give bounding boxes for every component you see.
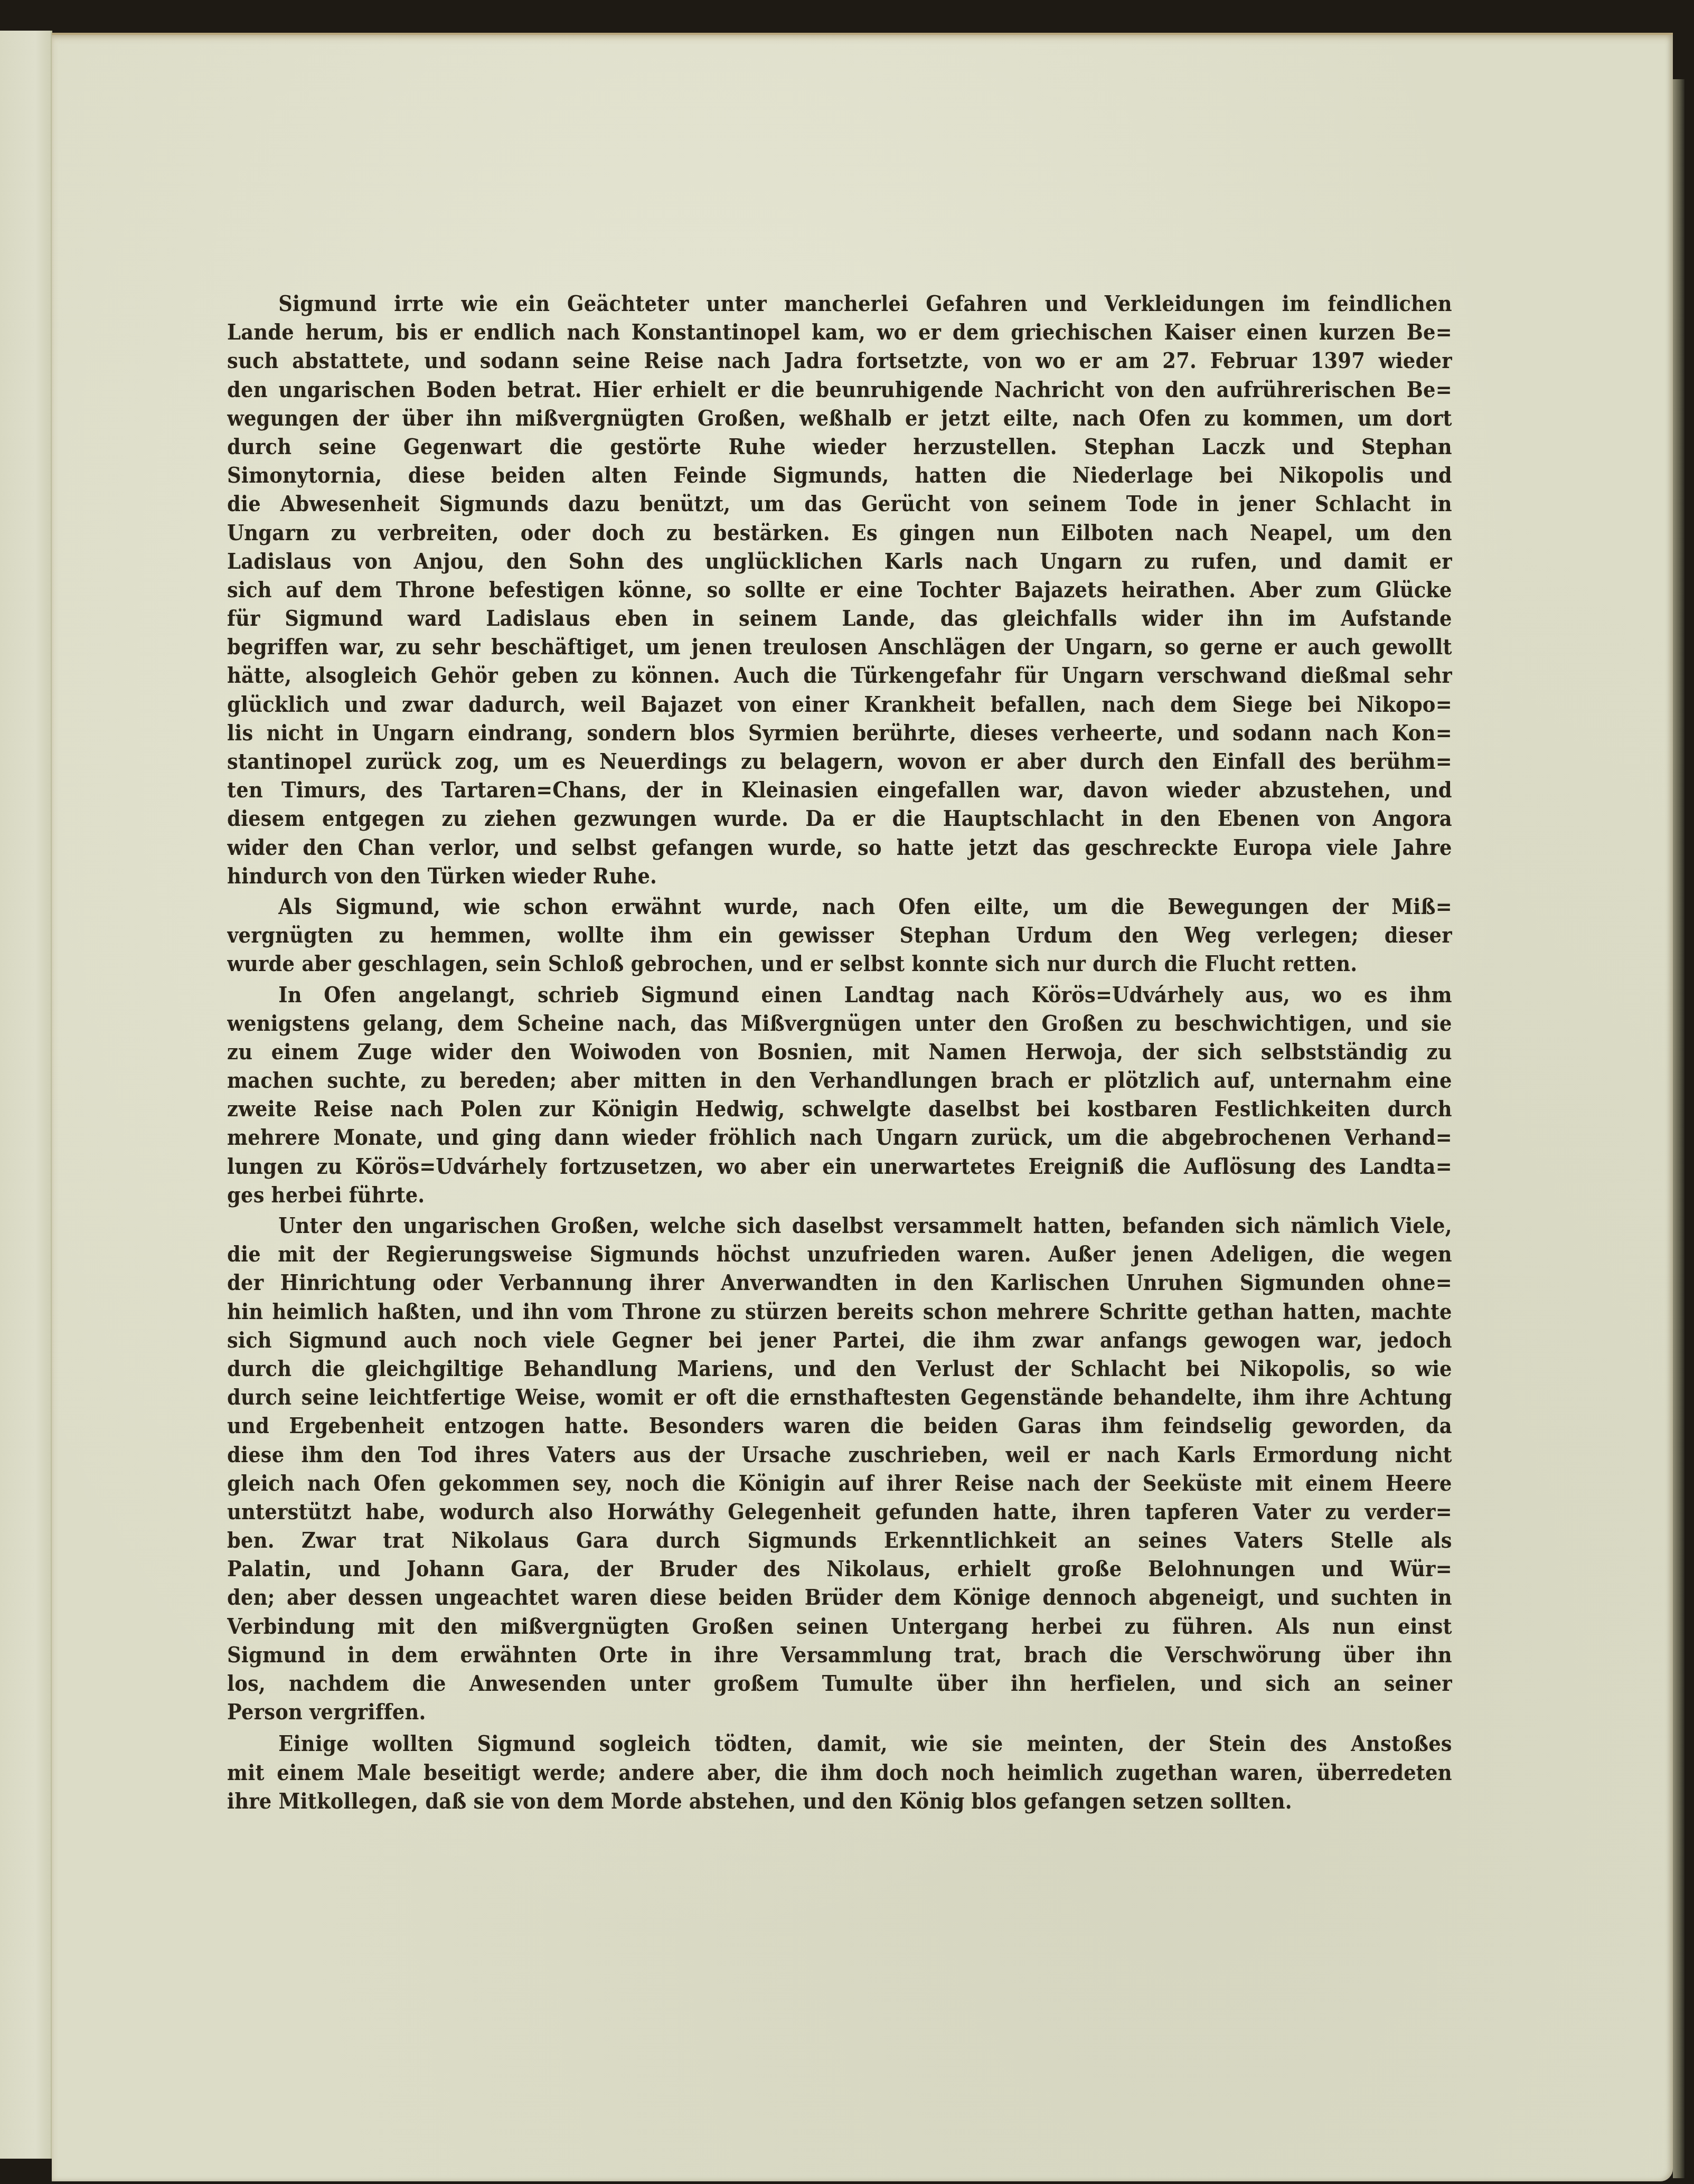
text-line: durch seine Gegenwart die gestörte Ruhe … <box>227 432 1452 461</box>
text-line: wenigstens gelang, dem Scheine nach, das… <box>227 1009 1452 1038</box>
text-line: mehrere Monate, und ging dann wieder frö… <box>227 1123 1452 1152</box>
paragraph: Sigmund irrte wie ein Geächteter unter m… <box>227 289 1452 890</box>
text-line: die mit der Regierungsweise Sigmunds höc… <box>227 1240 1452 1268</box>
page-stack-edge <box>1673 79 1684 2178</box>
text-line: wider den Chan verlor, und selbst gefang… <box>227 833 1452 862</box>
text-line: Einige wollten Sigmund sogleich tödten, … <box>227 1729 1452 1758</box>
text-line: sich Sigmund auch noch viele Gegner bei … <box>227 1326 1452 1354</box>
text-line: wurde aber geschlagen, sein Schloß gebro… <box>227 949 1452 978</box>
text-line: wegungen der über ihn mißvergnügten Groß… <box>227 404 1452 432</box>
text-line: durch die gleichgiltige Behandlung Marie… <box>227 1354 1452 1383</box>
text-line: Ladislaus von Anjou, den Sohn des unglüc… <box>227 547 1452 576</box>
text-line: Sigmund in dem erwähnten Orte in ihre Ve… <box>227 1641 1452 1669</box>
text-line: los, nachdem die Anwesenden unter großem… <box>227 1669 1452 1698</box>
paragraph: Unter den ungarischen Großen, welche sic… <box>227 1211 1452 1726</box>
text-line: Simonytornia, diese beiden alten Feinde … <box>227 461 1452 489</box>
text-line: ben. Zwar trat Nikolaus Gara durch Sigmu… <box>227 1526 1452 1555</box>
text-line: Lande herum, bis er endlich nach Konstan… <box>227 318 1452 346</box>
text-line: Verbindung mit den mißvergnügten Großen … <box>227 1612 1452 1641</box>
text-line: lungen zu Körös=Udvárhely fortzusetzen, … <box>227 1152 1452 1181</box>
text-line: diesem entgegen zu ziehen gezwungen wurd… <box>227 804 1452 833</box>
paragraph: Einige wollten Sigmund sogleich tödten, … <box>227 1729 1452 1815</box>
text-line: sich auf dem Throne befestigen könne, so… <box>227 576 1452 604</box>
text-line: hätte, alsogleich Gehör geben zu können.… <box>227 661 1452 690</box>
text-line: such abstattete, und sodann seine Reise … <box>227 346 1452 375</box>
paragraph: Als Sigmund, wie schon erwähnt wurde, na… <box>227 892 1452 978</box>
text-line: zu einem Zuge wider den Woiwoden von Bos… <box>227 1038 1452 1066</box>
text-line: machen suchte, zu bereden; aber mitten i… <box>227 1066 1452 1095</box>
text-line: glücklich und zwar dadurch, weil Bajazet… <box>227 690 1452 719</box>
text-line: Sigmund irrte wie ein Geächteter unter m… <box>227 289 1452 318</box>
text-line: Palatin, und Johann Gara, der Bruder des… <box>227 1555 1452 1583</box>
text-line: Als Sigmund, wie schon erwähnt wurde, na… <box>227 892 1452 921</box>
text-line: den; aber dessen ungeachtet waren diese … <box>227 1583 1452 1612</box>
body-text: Sigmund irrte wie ein Geächteter unter m… <box>227 289 1452 1815</box>
text-line: der Hinrichtung oder Verbannung ihrer An… <box>227 1268 1452 1297</box>
text-line: die Abwesenheit Sigmunds dazu benützt, u… <box>227 489 1452 518</box>
text-line: zweite Reise nach Polen zur Königin Hedw… <box>227 1095 1452 1123</box>
text-line: für Sigmund ward Ladislaus eben in seine… <box>227 604 1452 633</box>
text-line: ges herbei führte. <box>227 1181 1452 1209</box>
text-line: hin heimlich haßten, und ihn vom Throne … <box>227 1297 1452 1326</box>
text-line: Person vergriffen. <box>227 1698 1452 1726</box>
text-line: Unter den ungarischen Großen, welche sic… <box>227 1211 1452 1240</box>
text-line: gleich nach Ofen gekommen sey, noch die … <box>227 1469 1452 1498</box>
text-line: hindurch von den Türken wieder Ruhe. <box>227 862 1452 890</box>
facing-page-edge <box>0 31 52 2159</box>
text-line: ihre Mitkollegen, daß sie von dem Morde … <box>227 1787 1452 1815</box>
text-line: unterstützt habe, wodurch also Horwáthy … <box>227 1498 1452 1526</box>
text-line: stantinopel zurück zog, um es Neuerdings… <box>227 747 1452 776</box>
text-line: und Ergebenheit entzogen hatte. Besonder… <box>227 1411 1452 1440</box>
text-line: Ungarn zu verbreiten, oder doch zu bestä… <box>227 519 1452 547</box>
text-line: vergnügten zu hemmen, wollte ihm ein gew… <box>227 921 1452 949</box>
text-line: ten Timurs, des Tartaren=Chans, der in K… <box>227 776 1452 804</box>
text-line: begriffen war, zu sehr beschäftiget, um … <box>227 633 1452 661</box>
text-line: diese ihm den Tod ihres Vaters aus der U… <box>227 1441 1452 1469</box>
text-line: mit einem Male beseitigt werde; andere a… <box>227 1758 1452 1787</box>
text-line: den ungarischen Boden betrat. Hier erhie… <box>227 375 1452 404</box>
paragraph: In Ofen angelangt, schrieb Sigmund einen… <box>227 981 1452 1210</box>
text-line: durch seine leichtfertige Weise, womit e… <box>227 1383 1452 1411</box>
text-line: lis nicht in Ungarn eindrang, sondern bl… <box>227 719 1452 747</box>
text-line: In Ofen angelangt, schrieb Sigmund einen… <box>227 981 1452 1009</box>
